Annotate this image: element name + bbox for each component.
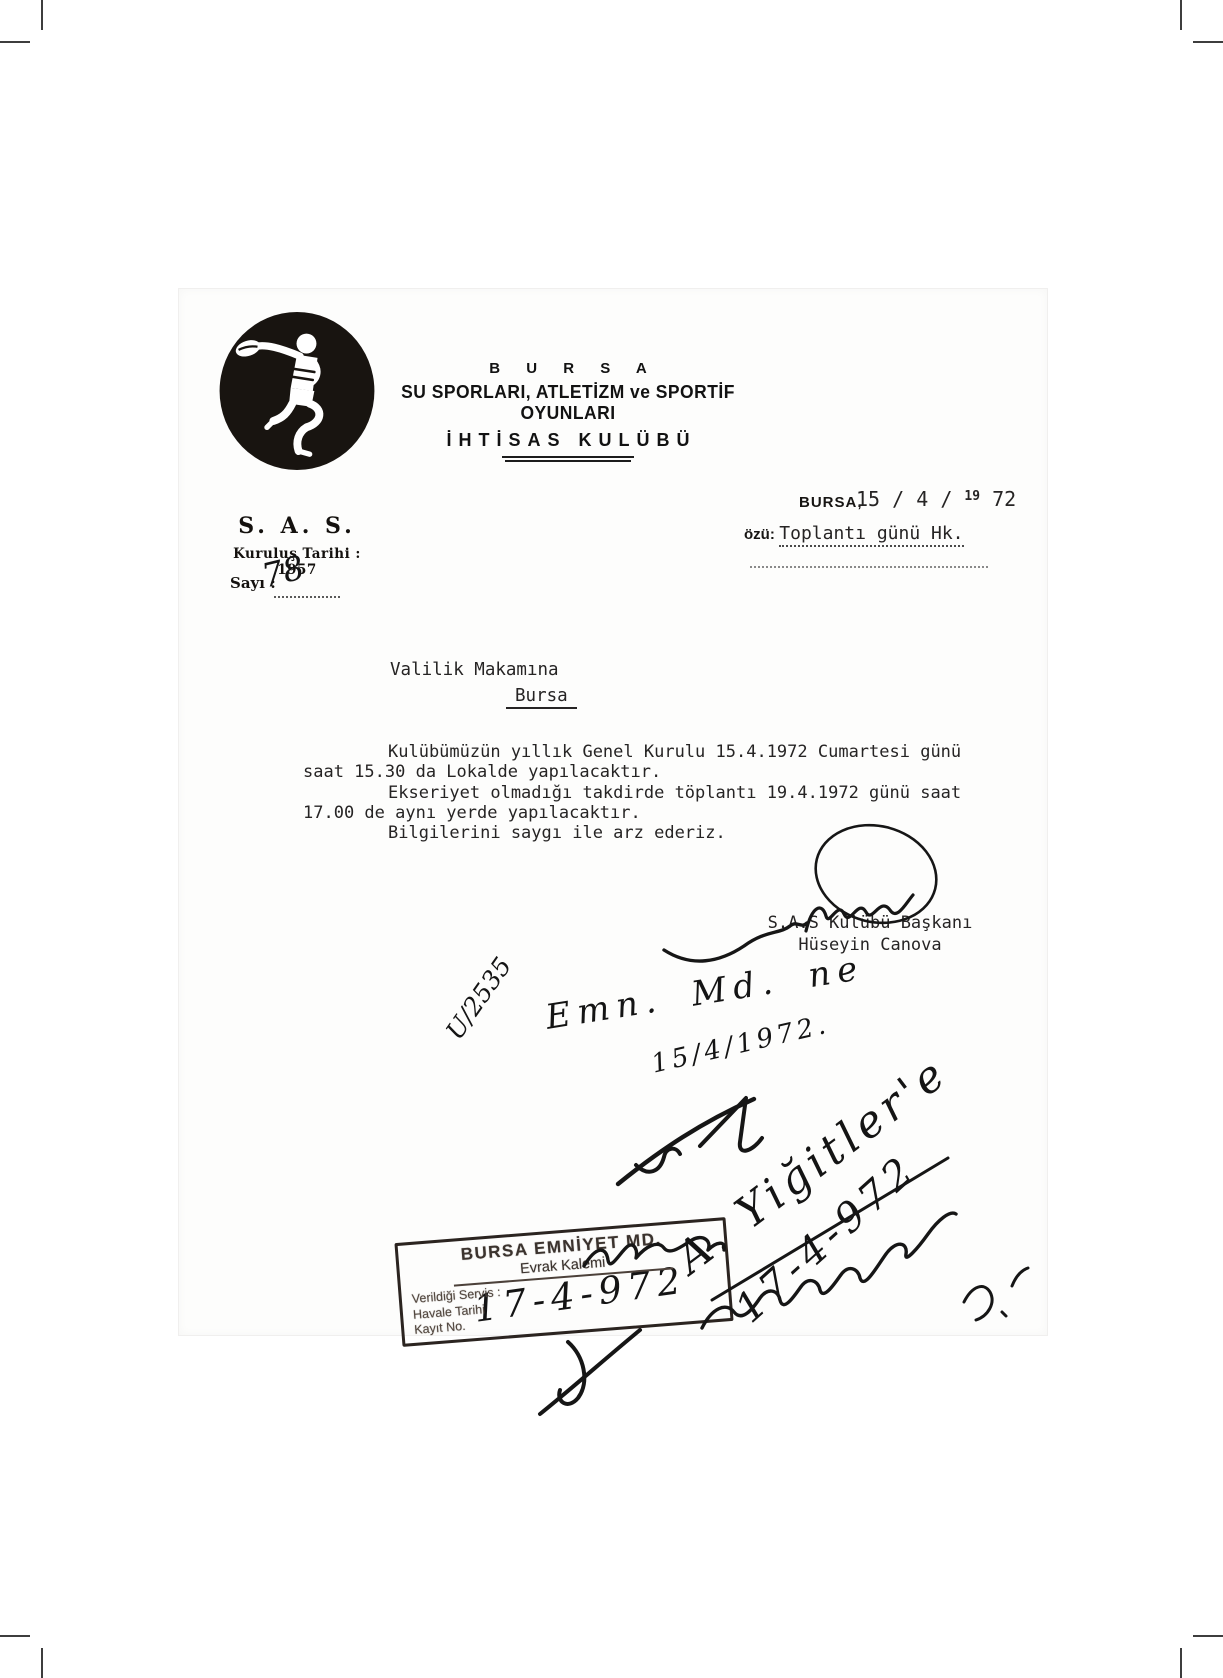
- subject-text: Toplantı günü Hk.: [779, 523, 963, 547]
- letterhead-city: B U R S A: [383, 360, 764, 377]
- letterhead-org-subname: İHTİSAS KULÜBÜ: [379, 430, 764, 451]
- body-line: Ekseriyet olmadığı takdirde töplantı 19.…: [303, 783, 993, 803]
- body-line: saat 15.30 da Lokalde yapılacaktır.: [303, 762, 993, 782]
- scanned-letter-page: S. A. S. Kuruluş Tarihi : 1957 Sayı : 78…: [0, 0, 1223, 1678]
- below-stamp-scribble: [540, 1330, 640, 1414]
- document-number-dotted-line: [274, 596, 340, 598]
- letter-body: Kulübümüzün yıllık Genel Kurulu 15.4.197…: [303, 742, 993, 843]
- body-line: Bilgilerini saygı ile arz ederiz.: [303, 823, 993, 843]
- date-separator: /: [940, 487, 952, 511]
- crop-mark-top-right-v: [1180, 0, 1182, 30]
- body-line: 17.00 de aynı yerde yapılacaktır.: [303, 803, 993, 823]
- club-logo: [218, 311, 376, 471]
- date-separator: /: [892, 487, 904, 511]
- crop-mark-bottom-right-h: [1193, 1635, 1223, 1637]
- double-underline: [505, 460, 631, 462]
- signature-block: S.A.S Kulübü Başkanı Hüseyin Canova: [766, 912, 974, 956]
- crop-mark-bottom-left-v: [41, 1648, 43, 1678]
- below-stamp-scribble: [559, 1342, 584, 1404]
- club-abbreviation: S. A. S.: [222, 513, 372, 539]
- letter-date: 15 / 4 / 19 72: [856, 487, 1016, 511]
- recipient-to: Valilik Makamına: [390, 660, 559, 680]
- date-century: 19: [964, 489, 980, 504]
- crop-mark-top-left-v: [41, 0, 43, 30]
- date-city-label: BURSA,: [799, 494, 863, 511]
- date-year: 72: [992, 487, 1016, 511]
- crop-mark-bottom-right-v: [1180, 1648, 1182, 1678]
- signer-name: Hüseyin Canova: [766, 934, 974, 956]
- subject-label: özü:: [744, 526, 775, 543]
- discus-thrower-icon: [218, 311, 376, 471]
- crop-mark-top-right-h: [1193, 41, 1223, 43]
- letterhead-org-block: B U R S A SU SPORLARI, ATLETİZM ve SPORT…: [372, 360, 764, 462]
- crop-mark-bottom-left-h: [0, 1635, 30, 1637]
- subject-line: özü: Toplantı günü Hk.: [744, 523, 964, 544]
- body-line: Kulübümüzün yıllık Genel Kurulu 15.4.197…: [303, 742, 993, 762]
- empty-dotted-line: [750, 566, 988, 568]
- crop-mark-top-left-h: [0, 41, 30, 43]
- recipient-place: Bursa: [506, 686, 577, 709]
- letterhead-org-name: SU SPORLARI, ATLETİZM ve SPORTİF OYUNLAR…: [378, 382, 758, 424]
- recipient-block: Valilik Makamına Bursa: [390, 660, 559, 680]
- signer-title: S.A.S Kulübü Başkanı: [766, 912, 974, 934]
- double-underline: [502, 456, 634, 458]
- date-day: 15: [856, 487, 880, 511]
- date-month: 4: [916, 487, 928, 511]
